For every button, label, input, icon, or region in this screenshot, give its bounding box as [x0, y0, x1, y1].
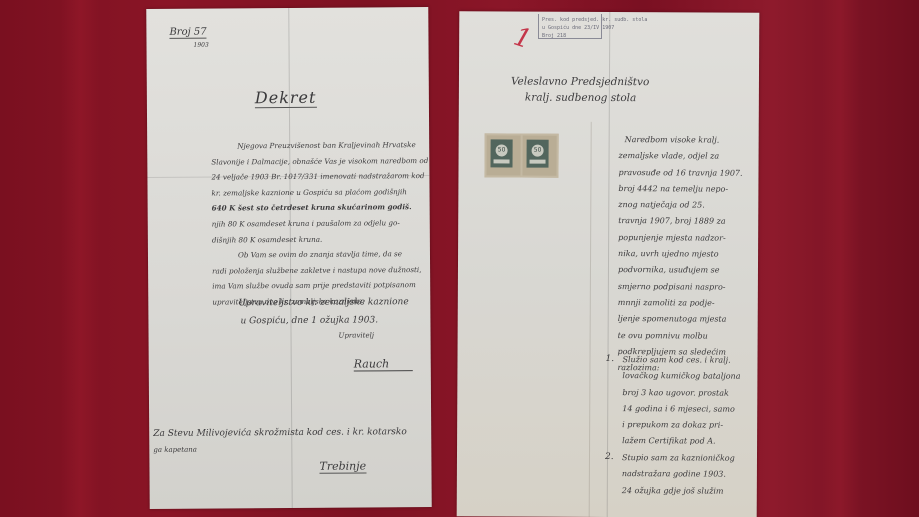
- item-line: broj 3 kao ugovor. prostak: [622, 385, 740, 402]
- body-line: 640 K šest sto četrdeset kruna skućarino…: [212, 199, 429, 216]
- signature: Rauch: [354, 357, 414, 370]
- issuer: Upraviteljstvo kr. zemaljske kaznione: [238, 297, 408, 308]
- item-line: nadstražara godine 1903.: [622, 466, 735, 483]
- addressee: Za Stevu Milivojevića skrožmista kod ces…: [153, 427, 407, 439]
- body-line: te ovu pomnivu molbu: [618, 328, 742, 345]
- cloth-fold: [820, 0, 860, 517]
- reference-number: Broj 57: [169, 27, 206, 38]
- body-line: dišnjih 80 K osamdeset kruna.: [212, 231, 429, 248]
- stamp-icon: 50: [527, 140, 549, 168]
- body-line: Naredbom visoke kralj.: [619, 132, 743, 149]
- red-pencil-mark: 1: [510, 22, 535, 56]
- place-date: u Gospiću, dne 1 ožujka 1903.: [240, 315, 378, 326]
- application-body: Naredbom visoke kralj. zemaljske vlade, …: [617, 132, 742, 377]
- revenue-stamp: 50: [520, 134, 558, 178]
- numbered-item-1: Služio sam kod ces. i kralj. lovačkog ku…: [622, 352, 741, 450]
- body-line: ljenje spomenutoga mjesta: [618, 311, 742, 328]
- revenue-stamp: 50: [484, 133, 522, 177]
- decree-body: Njegova Preuzvišenost ban Kraljevinah Hr…: [211, 137, 429, 310]
- signatory-title: Upravitelj: [339, 331, 375, 339]
- body-line: Slavonije i Dalmacije, obnašće Vas je vi…: [211, 153, 428, 170]
- office-receipt-stamp: Pres. kod predsjed. kr. sudb. stola u Go…: [538, 14, 668, 48]
- item-number: 1.: [605, 354, 614, 364]
- addressee-rank: ga kapetana: [153, 446, 197, 454]
- body-line: ima Vam službe ovuda sam prije predstavi…: [212, 277, 429, 294]
- reference-year: 1903: [193, 42, 208, 49]
- left-document-decree: Broj 57 1903 Dekret Njegova Preuzvišenos…: [146, 7, 431, 509]
- body-line: 24 veljače 1903 Br. 1017/331 imenovati n…: [211, 168, 428, 185]
- body-line: zemaljske vlade, odjel za: [619, 148, 743, 165]
- body-line: popunjenje mjesta nadzor-: [618, 230, 742, 247]
- cloth-fold: [60, 0, 100, 517]
- body-line: podvornika, usuđujem se: [618, 262, 742, 279]
- body-line: kr. zemaljske kaznione u Gospiću sa plać…: [211, 184, 428, 201]
- item-line: lovačkog kumičkog bataljona: [622, 368, 740, 385]
- item-number: 2.: [605, 452, 614, 462]
- heading-line-1: Veleslavno Predsjedništvo: [511, 75, 649, 88]
- item-line: lažem Certifikat pod A.: [622, 434, 740, 451]
- item-line: i prepukom za dokaz pri-: [622, 417, 740, 434]
- body-line: pravosuđe od 16 travnja 1907.: [618, 165, 742, 182]
- document-title: Dekret: [255, 88, 317, 107]
- item-line: Stupio sam za kaznioničkog: [622, 450, 735, 467]
- body-line: Njegova Preuzvišenost ban Kraljevinah Hr…: [211, 137, 428, 154]
- body-line: Ob Vam se ovim do znanja stavlja time, d…: [212, 246, 429, 263]
- heading-line-2: kralj. sudbenog stola: [525, 92, 636, 105]
- margin-line: [589, 122, 592, 517]
- body-line: radi položenja službene zakletve i nastu…: [212, 262, 429, 279]
- body-line: travnja 1907, broj 1889 za: [618, 214, 742, 231]
- body-line: mnnji zamoliti za podje-: [618, 295, 742, 312]
- body-line: smjerno podpisani naspro-: [618, 279, 742, 296]
- body-line: nika, uvrh ujedno mjesto: [618, 246, 742, 263]
- right-document-application: 1 Veleslavno Predsjedništvo kralj. sudbe…: [457, 11, 760, 517]
- item-line: Služio sam kod ces. i kralj.: [622, 352, 740, 369]
- item-line: 24 ožujka gdje još služim: [622, 483, 735, 500]
- body-line: znog natječaja od 25.: [618, 197, 742, 214]
- destination: Trebinje: [319, 459, 366, 472]
- stamp-icon: 50: [491, 139, 513, 167]
- body-line: njih 80 K osamdeset kruna i paušalom za …: [212, 215, 429, 232]
- body-line: broj 4442 na temelju nepo-: [618, 181, 742, 198]
- item-line: 14 godina i 6 mjeseci, samo: [622, 401, 740, 418]
- numbered-item-2: Stupio sam za kaznioničkog nadstražara g…: [622, 450, 735, 499]
